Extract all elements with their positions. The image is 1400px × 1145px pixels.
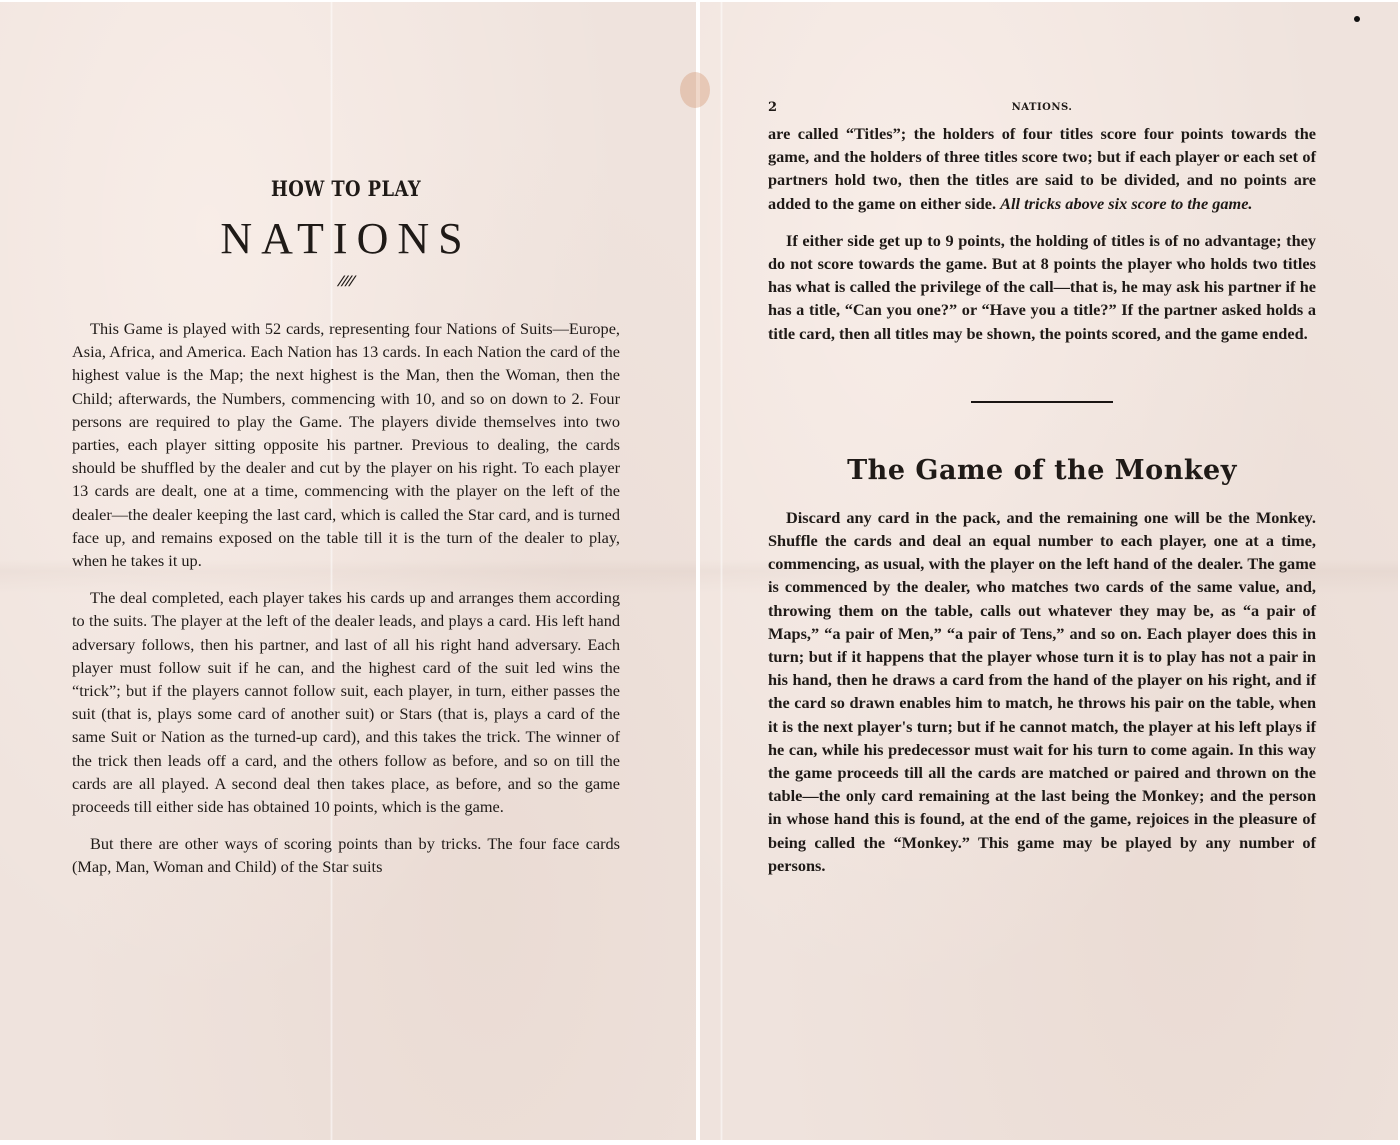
paragraph-scoring: But there are other ways of scoring poin… — [72, 832, 620, 878]
right-page-content: 2 NATIONS. are called “Titles”; the hold… — [768, 100, 1316, 877]
fold-crease — [720, 2, 723, 1140]
left-page-content: HOW TO PLAY NATIONS ∕∕∕∕ This Game is pl… — [72, 176, 620, 879]
heading-nations: NATIONS — [72, 213, 620, 264]
ornament-divider: ∕∕∕∕ — [69, 274, 622, 289]
heading-monkey: The Game of the Monkey — [768, 455, 1316, 486]
running-head: 2 NATIONS. — [768, 100, 1316, 122]
section-divider — [971, 401, 1113, 403]
paragraph-titles: are called “Titles”; the holders of four… — [768, 122, 1316, 215]
paragraph-intro: This Game is played with 52 cards, repre… — [72, 317, 620, 572]
running-head-title: NATIONS. — [768, 102, 1316, 113]
heading-how-to-play: HOW TO PLAY — [113, 176, 579, 201]
paper-stain — [680, 72, 710, 108]
italic-rule: All tricks above six score to the game. — [1000, 194, 1252, 213]
ink-dot — [1354, 16, 1360, 22]
paragraph-privilege: If either side get up to 9 points, the h… — [768, 229, 1316, 345]
paragraph-monkey: Discard any card in the pack, and the re… — [768, 506, 1316, 877]
paragraph-play: The deal completed, each player takes hi… — [72, 586, 620, 818]
